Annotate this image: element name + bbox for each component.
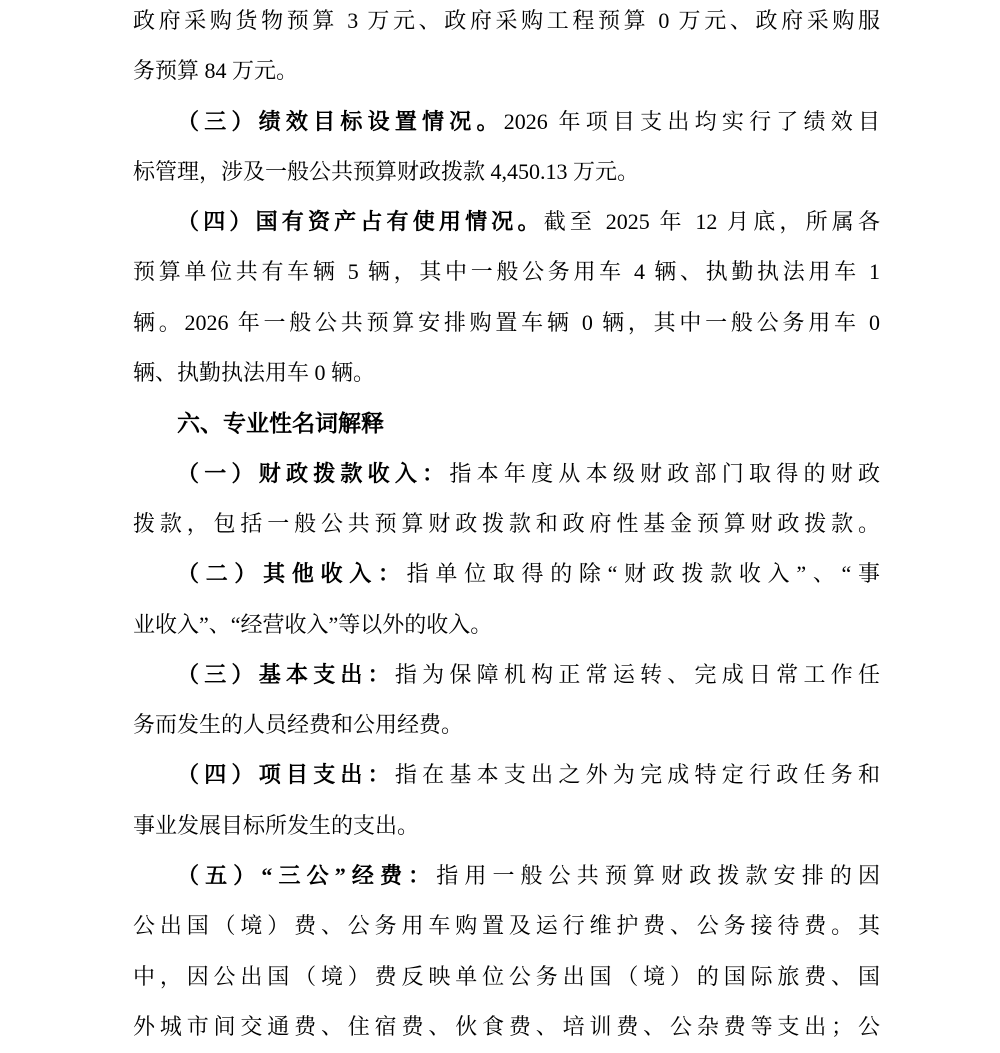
section-heading: 六、专业性名词解释 [133, 398, 880, 448]
text-line: 预算单位共有车辆 5 辆，其中一般公务用车 4 辆、执勤执法用车 1 [133, 247, 880, 297]
text-line: 拨款，包括一般公共预算财政拨款和政府性基金预算财政拨款。 [133, 499, 880, 549]
line-text: 指用一般公共预算财政拨款安排的因 [436, 863, 880, 888]
text-line: 外城市间交通费、住宿费、伙食费、培训费、公杂费等支出；公 [133, 1002, 880, 1052]
text-line: 务预算 84 万元。 [133, 46, 880, 96]
line-text: 截至 2025 年 12 月底，所属各 [544, 209, 880, 234]
section-label: （四）国有资产占有使用情况。 [177, 209, 544, 234]
line-text: 业收入”、“经营收入”等以外的收入。 [133, 612, 492, 637]
line-text: 务预算 84 万元。 [133, 58, 298, 83]
line-text: 预算单位共有车辆 5 辆，其中一般公务用车 4 辆、执勤执法用车 1 [133, 259, 880, 284]
term-label: （一）财政拨款收入： [177, 461, 449, 486]
line-text: 政府采购货物预算 3 万元、政府采购工程预算 0 万元、政府采购服 [133, 8, 880, 33]
heading-text: 六、专业性名词解释 [177, 410, 384, 436]
text-line: （四）国有资产占有使用情况。截至 2025 年 12 月底，所属各 [133, 197, 880, 247]
section-label: （三）绩效目标设置情况。 [177, 109, 504, 134]
line-text: 辆、执勤执法用车 0 辆。 [133, 360, 375, 385]
text-line: 务而发生的人员经费和公用经费。 [133, 700, 880, 750]
line-text: 拨款，包括一般公共预算财政拨款和政府性基金预算财政拨款。 [133, 511, 880, 536]
text-line: 公出国（境）费、公务用车购置及运行维护费、公务接待费。其 [133, 901, 880, 951]
text-line: （三）基本支出：指为保障机构正常运转、完成日常工作任 [133, 650, 880, 700]
text-line: 中，因公出国（境）费反映单位公务出国（境）的国际旅费、国 [133, 952, 880, 1002]
text-line: （二）其他收入：指单位取得的除“财政拨款收入”、“事 [133, 549, 880, 599]
line-text: 中，因公出国（境）费反映单位公务出国（境）的国际旅费、国 [133, 964, 880, 989]
term-label: （五）“三公”经费： [177, 863, 436, 888]
document-page: 政府采购货物预算 3 万元、政府采购工程预算 0 万元、政府采购服 务预算 84… [133, 0, 880, 1052]
line-text: 辆。2026 年一般公共预算安排购置车辆 0 辆，其中一般公务用车 0 [133, 310, 880, 335]
text-line: 辆。2026 年一般公共预算安排购置车辆 0 辆，其中一般公务用车 0 [133, 298, 880, 348]
text-line: （五）“三公”经费：指用一般公共预算财政拨款安排的因 [133, 851, 880, 901]
text-line: 标管理，涉及一般公共预算财政拨款 4,450.13 万元。 [133, 147, 880, 197]
text-line: （四）项目支出：指在基本支出之外为完成特定行政任务和 [133, 750, 880, 800]
text-line: 事业发展目标所发生的支出。 [133, 801, 880, 851]
line-text: 指在基本支出之外为完成特定行政任务和 [395, 762, 880, 787]
line-text: 2026 年项目支出均实行了绩效目 [504, 109, 880, 134]
line-text: 务而发生的人员经费和公用经费。 [133, 712, 463, 737]
text-line: 政府采购货物预算 3 万元、政府采购工程预算 0 万元、政府采购服 [133, 0, 880, 46]
text-line: （三）绩效目标设置情况。2026 年项目支出均实行了绩效目 [133, 97, 880, 147]
term-label: （四）项目支出： [177, 762, 395, 787]
line-text: 指本年度从本级财政部门取得的财政 [449, 461, 880, 486]
line-text: 指单位取得的除“财政拨款收入”、“事 [407, 561, 880, 586]
line-text: 公出国（境）费、公务用车购置及运行维护费、公务接待费。其 [133, 913, 880, 938]
text-line: （一）财政拨款收入：指本年度从本级财政部门取得的财政 [133, 449, 880, 499]
line-text: 事业发展目标所发生的支出。 [133, 813, 419, 838]
text-line: 辆、执勤执法用车 0 辆。 [133, 348, 880, 398]
text-line: 业收入”、“经营收入”等以外的收入。 [133, 600, 880, 650]
line-text: 指为保障机构正常运转、完成日常工作任 [395, 662, 880, 687]
line-text: 外城市间交通费、住宿费、伙食费、培训费、公杂费等支出；公 [133, 1014, 880, 1039]
line-text: 标管理，涉及一般公共预算财政拨款 4,450.13 万元。 [133, 159, 639, 184]
term-label: （二）其他收入： [177, 561, 407, 586]
term-label: （三）基本支出： [177, 662, 395, 687]
